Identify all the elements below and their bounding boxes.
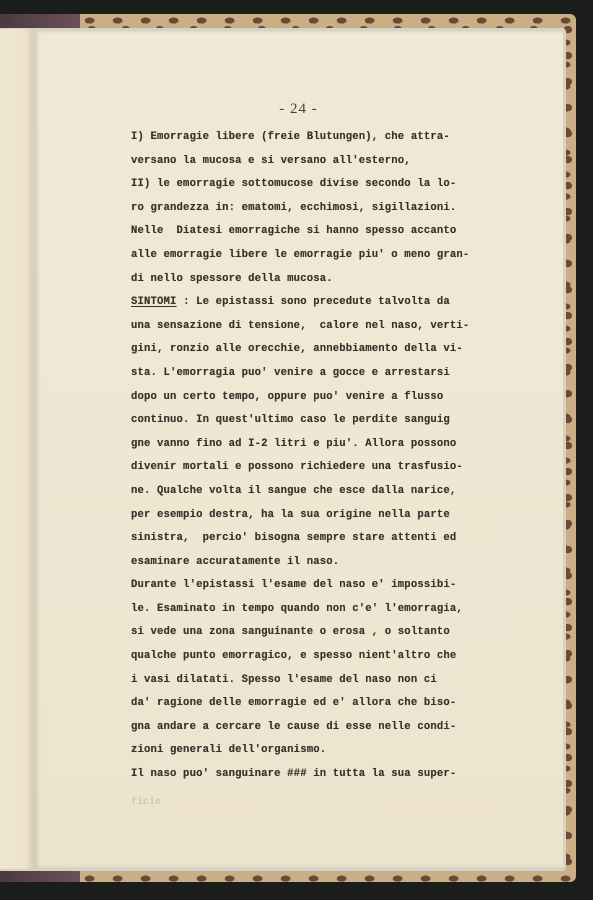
left-page-edge	[0, 29, 33, 869]
faint-bleedthrough-text: ficie	[131, 797, 161, 808]
text-line: gini, ronzio alle orecchie, annebbiament…	[131, 338, 511, 362]
text-line: ne. Qualche volta il sangue che esce dal…	[131, 480, 511, 504]
text-line: le. Esaminato in tempo quando non c'e' l…	[131, 598, 511, 622]
section-heading-sintomi: SINTOMI	[131, 296, 177, 308]
text-line: una sensazione di tensione, calore nel n…	[131, 315, 511, 339]
text-line: gne vanno fino ad I-2 litri e piu'. Allo…	[131, 433, 511, 457]
text-line: da' ragione delle emorragie ed e' allora…	[131, 692, 511, 716]
text-line-sintomi: SINTOMI : Le epistassi sono precedute ta…	[131, 291, 511, 315]
text-line: ro grandezza in: ematomi, ecchimosi, sig…	[131, 197, 511, 221]
text-line: Durante l'epistassi l'esame del naso e' …	[131, 574, 511, 598]
text-line: sinistra, percio' bisogna sempre stare a…	[131, 527, 511, 551]
text-line: I) Emorragie libere (freie Blutungen), c…	[131, 126, 511, 150]
text-line: divenir mortali e possono richiedere una…	[131, 456, 511, 480]
text-line: qualche punto emorragico, e spesso nient…	[131, 645, 511, 669]
text-line: gna andare a cercare le cause di esse ne…	[131, 716, 511, 740]
text-line: dopo un certo tempo, oppure puo' venire …	[131, 386, 511, 410]
text-line: i vasi dilatati. Spesso l'esame del naso…	[131, 669, 511, 693]
text-line: alle emorragie libere le emorragie piu' …	[131, 244, 511, 268]
text-line: continuo. In quest'ultimo caso le perdit…	[131, 409, 511, 433]
text-line: si vede una zona sanguinante o erosa , o…	[131, 621, 511, 645]
text-line: Il naso puo' sanguinare ### in tutta la …	[131, 763, 511, 787]
text-line: per esempio destra, ha la sua origine ne…	[131, 504, 511, 528]
page-body-text: I) Emorragie libere (freie Blutungen), c…	[131, 126, 511, 787]
text-line-rest: : Le epistassi sono precedute talvolta d…	[177, 296, 450, 308]
text-line: II) le emorragie sottomucose divise seco…	[131, 173, 511, 197]
text-line: versano la mucosa e si versano all'ester…	[131, 150, 511, 174]
text-line: esaminare accuratamente il naso.	[131, 551, 511, 575]
text-line: di nello spessore della mucosa.	[131, 268, 511, 292]
text-line: sta. L'emorragia puo' venire a gocce e a…	[131, 362, 511, 386]
page-number: - 24 -	[34, 101, 563, 118]
text-line: zioni generali dell'organismo.	[131, 739, 511, 763]
text-line: Nelle Diatesi emorragiche si hanno spess…	[131, 220, 511, 244]
